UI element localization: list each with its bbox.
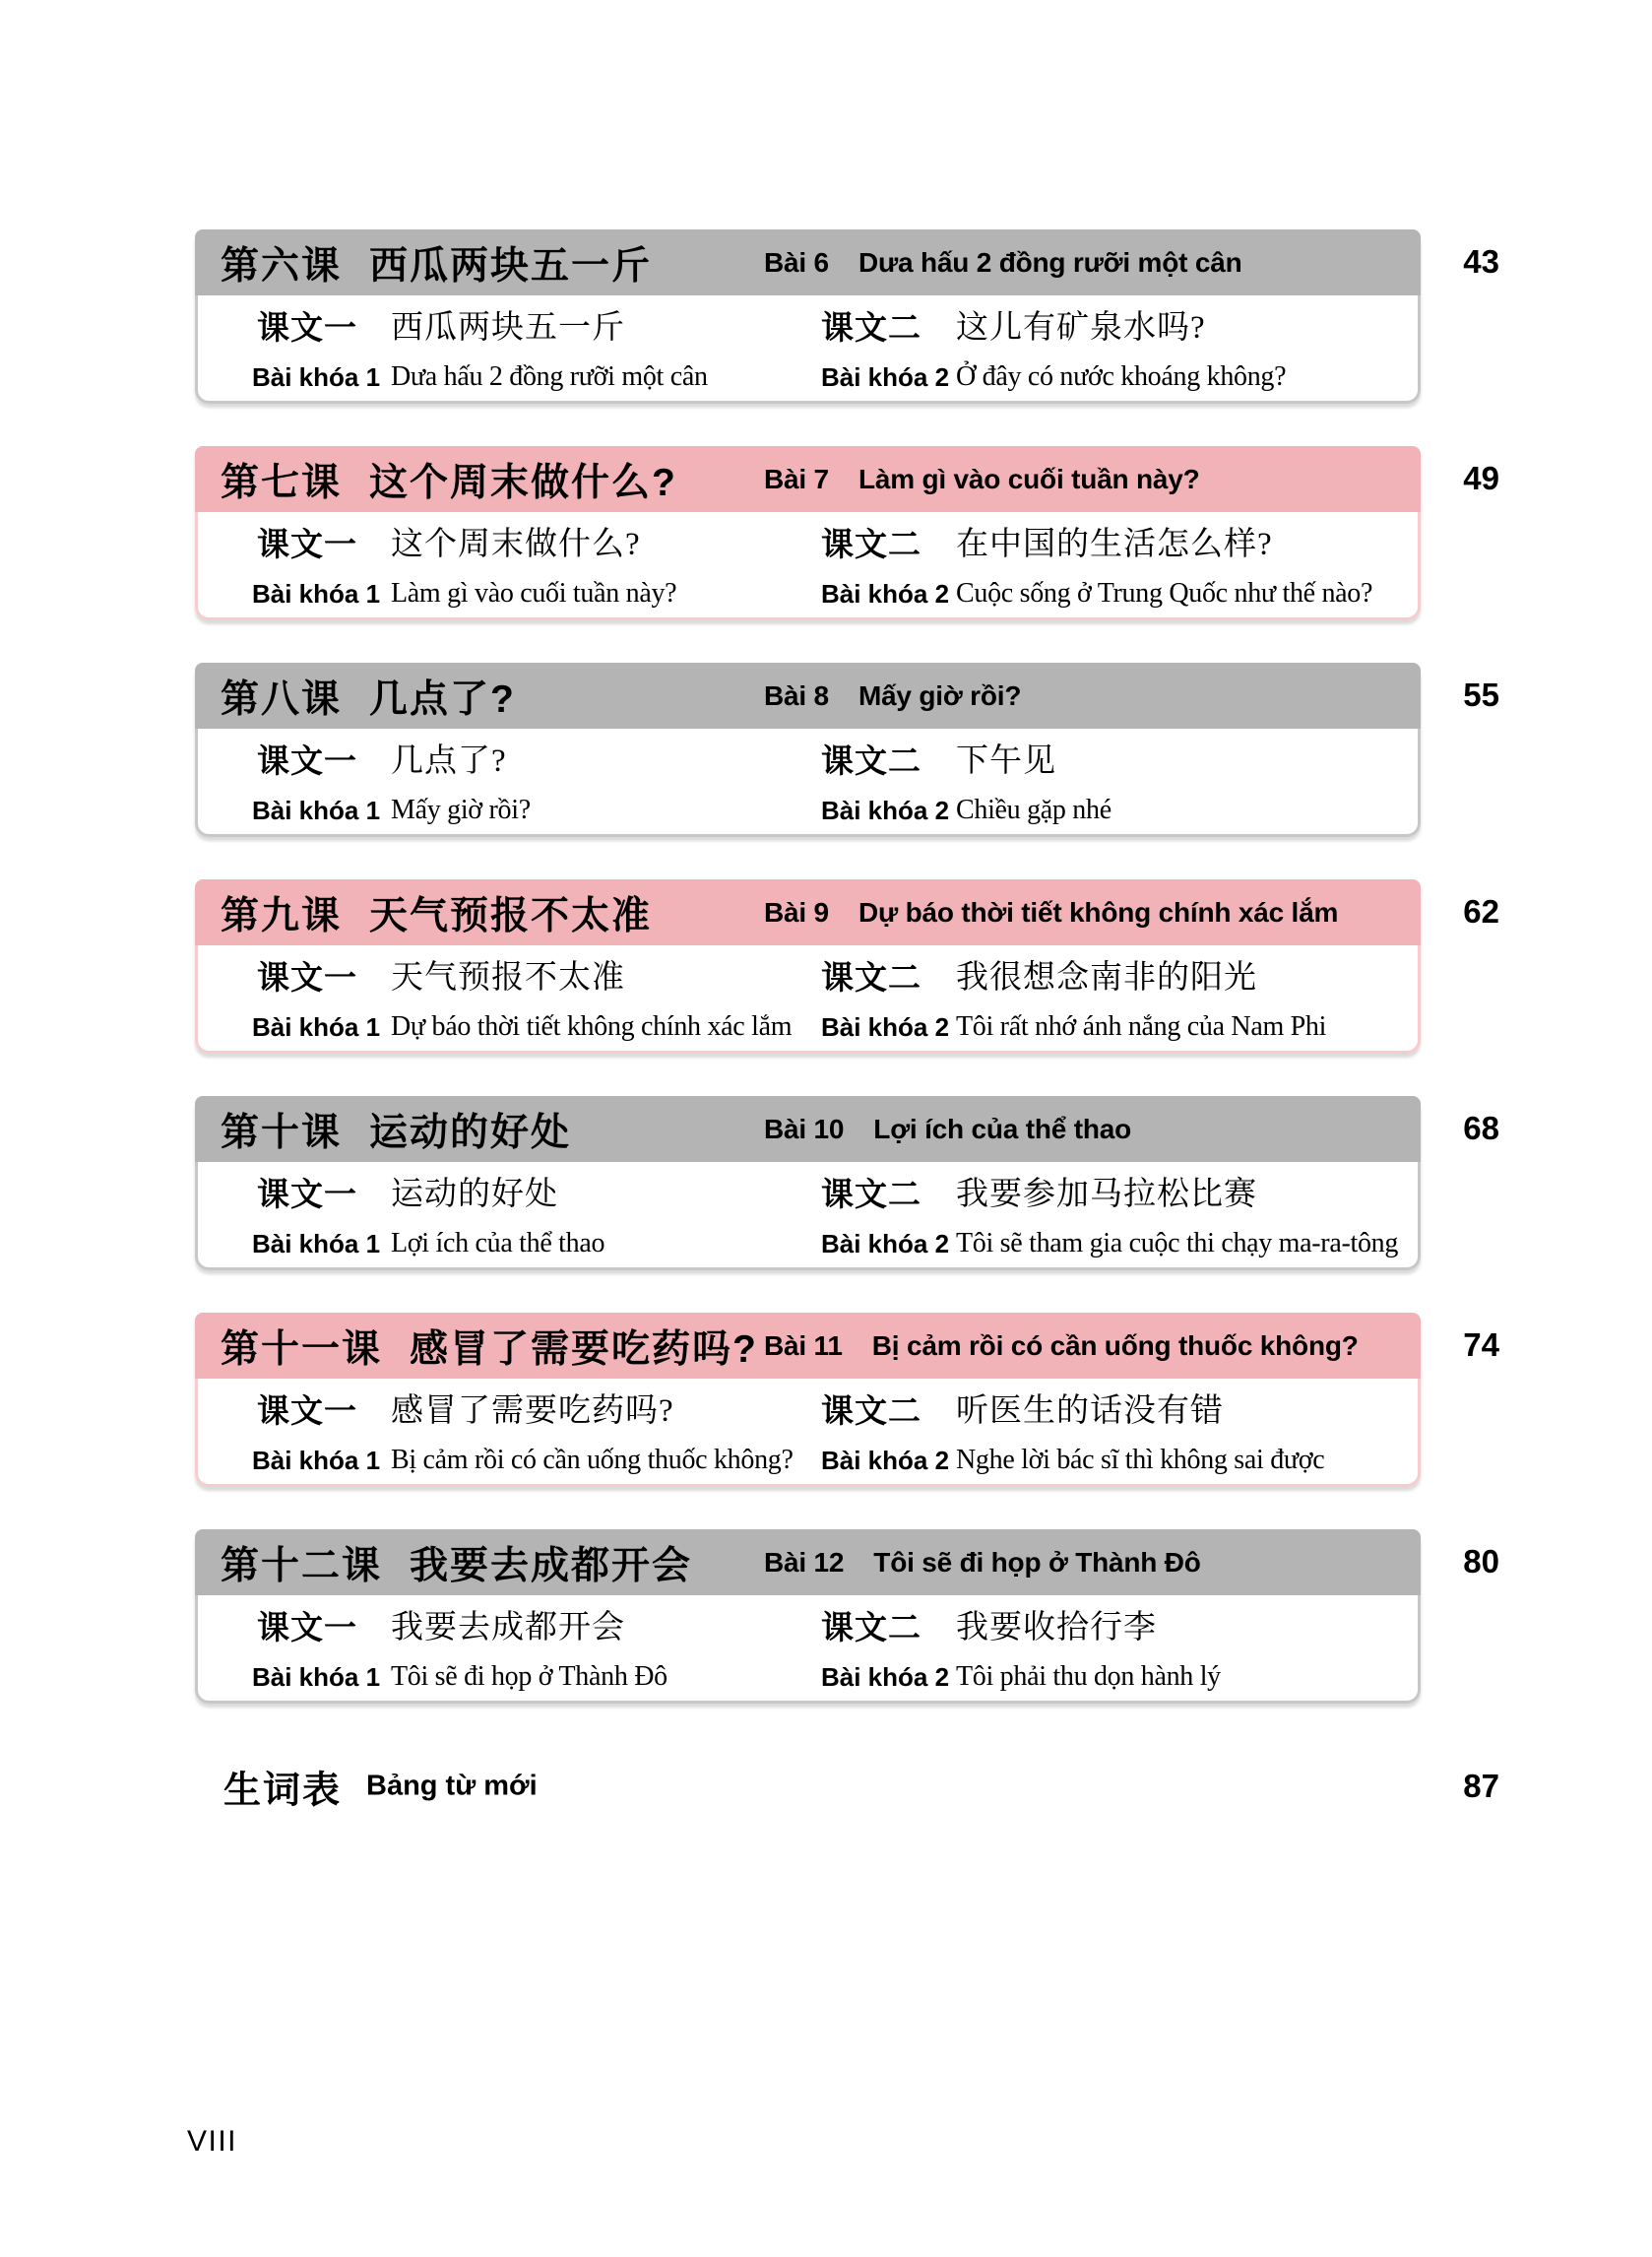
lesson-header-vi: Bài 11 Bị cảm rồi có cần uống thuốc khôn… xyxy=(764,1330,1359,1362)
text2-title-vi: Nghe lời bác sĩ thì không sai được xyxy=(956,1439,1324,1482)
text1-title-zh: 我要去成都开会 xyxy=(391,1606,625,1649)
text2-label-vi: Bài khóa 2 xyxy=(821,1655,949,1699)
text1-label-zh: 课文一 xyxy=(257,740,357,783)
text1-label-zh: 课文一 xyxy=(257,306,357,350)
lesson-header-vi: Bài 12 Tôi sẽ đi họp ở Thành Đô xyxy=(764,1547,1201,1579)
text1-title-vi: Mấy giờ rồi? xyxy=(391,789,531,832)
lesson-header-zh: 第十一课 感冒了需要吃药吗? xyxy=(221,1319,758,1374)
text2-title-zh: 听医生的话没有错 xyxy=(956,1389,1224,1433)
lesson-number-vi: Bài 6 xyxy=(764,247,829,279)
text2-title-vi: Chiều gặp nhé xyxy=(956,789,1112,832)
lesson-title-zh: 天气预报不太准 xyxy=(369,885,652,940)
text2-label-vi: Bài khóa 2 xyxy=(821,355,949,399)
text1-label-vi: Bài khóa 1 xyxy=(252,1439,380,1482)
lesson-header-bar: 第七课 这个周末做什么? Bài 7 Làm gì vào cuối tuần … xyxy=(195,446,1421,512)
text2-label-vi: Bài khóa 2 xyxy=(821,1005,949,1049)
lesson-header-vi: Bài 9 Dự báo thời tiết không chính xác l… xyxy=(764,897,1338,929)
lesson-number-vi: Bài 11 xyxy=(764,1330,843,1362)
lesson-body: 课文一 感冒了需要吃药吗? 课文二 听医生的话没有错 Bài khóa 1 Bị… xyxy=(195,1379,1421,1487)
page-number: 62 xyxy=(1421,893,1499,931)
text2-title-zh: 我要收拾行李 xyxy=(956,1606,1157,1649)
lesson-title-vi: Lợi ích của thể thao xyxy=(873,1114,1131,1145)
lesson-header-vi: Bài 6 Dưa hấu 2 đồng rưỡi một cân xyxy=(764,247,1241,279)
lesson-number-vi: Bài 9 xyxy=(764,897,829,929)
text2-title-vi: Cuộc sống ở Trung Quốc như thế nào? xyxy=(956,572,1372,615)
lesson-number-zh: 第八课 xyxy=(221,669,342,724)
folio-page-label: VIII xyxy=(187,2125,237,2159)
text1-title-zh: 西瓜两块五一斤 xyxy=(391,306,625,350)
text2-label-vi: Bài khóa 2 xyxy=(821,1222,949,1265)
text2-title-zh: 我很想念南非的阳光 xyxy=(956,956,1257,1000)
lesson-title-zh: 感冒了需要吃药吗? xyxy=(410,1319,758,1374)
text1-label-vi: Bài khóa 1 xyxy=(252,1005,380,1049)
lesson-card: 第九课 天气预报不太准 Bài 9 Dự báo thời tiết không… xyxy=(195,879,1421,1054)
lesson-header-vi: Bài 10 Lợi ích của thể thao xyxy=(764,1114,1131,1145)
text2-title-zh: 这儿有矿泉水吗? xyxy=(956,306,1206,350)
text1-title-zh: 这个周末做什么? xyxy=(391,523,641,566)
text1-label-zh: 课文一 xyxy=(257,1173,357,1216)
lesson-title-vi: Bị cảm rồi có cần uống thuốc không? xyxy=(872,1330,1359,1362)
lesson-title-vi: Dự báo thời tiết không chính xác lắm xyxy=(858,897,1338,929)
text1-title-zh: 感冒了需要吃药吗? xyxy=(391,1389,674,1433)
text2-label-vi: Bài khóa 2 xyxy=(821,789,949,832)
lesson-card: 第六课 西瓜两块五一斤 Bài 6 Dưa hấu 2 đồng rưỡi mộ… xyxy=(195,229,1421,404)
lesson-title-zh: 这个周末做什么? xyxy=(369,452,677,507)
lesson-body: 课文一 这个周末做什么? 课文二 在中国的生活怎么样? Bài khóa 1 L… xyxy=(195,512,1421,620)
page-number: 55 xyxy=(1421,677,1499,714)
lesson-number-zh: 第十二课 xyxy=(221,1535,382,1590)
lesson-header-zh: 第六课 西瓜两块五一斤 xyxy=(221,235,652,290)
lesson-card: 第八课 几点了? Bài 8 Mấy giờ rồi? 55 课文一 几点了? … xyxy=(195,663,1421,837)
lesson-body: 课文一 运动的好处 课文二 我要参加马拉松比赛 Bài khóa 1 Lợi í… xyxy=(195,1162,1421,1270)
lesson-title-vi: Làm gì vào cuối tuần này? xyxy=(858,464,1200,495)
text2-title-vi: Tôi phải thu dọn hành lý xyxy=(956,1655,1221,1699)
vocab-title-vi: Bảng từ mới xyxy=(366,1771,538,1803)
lesson-header-bar: 第十课 运动的好处 Bài 10 Lợi ích của thể thao xyxy=(195,1096,1421,1162)
text2-label-zh: 课文二 xyxy=(821,523,921,566)
text1-label-vi: Bài khóa 1 xyxy=(252,1655,380,1699)
lesson-number-zh: 第九课 xyxy=(221,885,342,940)
text2-title-zh: 下午见 xyxy=(956,740,1056,783)
text1-label-zh: 课文一 xyxy=(257,523,357,566)
lesson-body: 课文一 西瓜两块五一斤 课文二 这儿有矿泉水吗? Bài khóa 1 Dưa … xyxy=(195,295,1421,404)
page-number: 87 xyxy=(1421,1768,1499,1805)
lesson-number-zh: 第十课 xyxy=(221,1102,342,1157)
text1-label-vi: Bài khóa 1 xyxy=(252,355,380,399)
text1-title-vi: Lợi ích của thể thao xyxy=(391,1222,604,1265)
text1-label-vi: Bài khóa 1 xyxy=(252,572,380,615)
text2-label-zh: 课文二 xyxy=(821,1173,921,1216)
text1-label-zh: 课文一 xyxy=(257,1389,357,1433)
lesson-number-zh: 第七课 xyxy=(221,452,342,507)
vocab-title-zh: 生词表 xyxy=(223,1760,342,1814)
lesson-header-bar: 第九课 天气预报不太准 Bài 9 Dự báo thời tiết không… xyxy=(195,879,1421,945)
lesson-header-bar: 第八课 几点了? Bài 8 Mấy giờ rồi? xyxy=(195,663,1421,729)
lesson-header-zh: 第九课 天气预报不太准 xyxy=(221,885,652,940)
text2-title-vi: Tôi rất nhớ ánh nắng của Nam Phi xyxy=(956,1005,1326,1049)
lesson-header-vi: Bài 7 Làm gì vào cuối tuần này? xyxy=(764,464,1200,495)
lesson-header-vi: Bài 8 Mấy giờ rồi? xyxy=(764,680,1021,712)
toc-content: 第六课 西瓜两块五一斤 Bài 6 Dưa hấu 2 đồng rưỡi mộ… xyxy=(195,229,1421,1814)
text2-label-zh: 课文二 xyxy=(821,740,921,783)
text1-label-vi: Bài khóa 1 xyxy=(252,1222,380,1265)
toc-page: 第六课 西瓜两块五一斤 Bài 6 Dưa hấu 2 đồng rưỡi mộ… xyxy=(0,0,1652,2257)
page-number: 49 xyxy=(1421,460,1499,497)
text2-title-vi: Ở đây có nước khoáng không? xyxy=(956,355,1286,399)
lesson-header-bar: 第十二课 我要去成都开会 Bài 12 Tôi sẽ đi họp ở Thàn… xyxy=(195,1529,1421,1595)
text2-title-zh: 我要参加马拉松比赛 xyxy=(956,1173,1257,1216)
text1-title-vi: Dự báo thời tiết không chính xác lắm xyxy=(391,1005,792,1049)
lesson-title-vi: Mấy giờ rồi? xyxy=(858,680,1021,712)
lesson-header-zh: 第八课 几点了? xyxy=(221,669,516,724)
lesson-header-zh: 第十课 运动的好处 xyxy=(221,1102,571,1157)
text1-title-vi: Tôi sẽ đi họp ở Thành Đô xyxy=(391,1655,667,1699)
lesson-header-bar: 第十一课 感冒了需要吃药吗? Bài 11 Bị cảm rồi có cần … xyxy=(195,1313,1421,1379)
vocab-row: 生词表 Bảng từ mới 87 xyxy=(195,1759,1421,1814)
lesson-body: 课文一 天气预报不太准 课文二 我很想念南非的阳光 Bài khóa 1 Dự … xyxy=(195,945,1421,1054)
text1-label-vi: Bài khóa 1 xyxy=(252,789,380,832)
lesson-title-zh: 西瓜两块五一斤 xyxy=(369,235,652,290)
page-number: 43 xyxy=(1421,243,1499,281)
text1-label-zh: 课文一 xyxy=(257,956,357,1000)
lesson-card: 第十二课 我要去成都开会 Bài 12 Tôi sẽ đi họp ở Thàn… xyxy=(195,1529,1421,1704)
text1-title-vi: Làm gì vào cuối tuần này? xyxy=(391,572,676,615)
lesson-title-zh: 几点了? xyxy=(369,669,516,724)
text2-title-vi: Tôi sẽ tham gia cuộc thi chạy ma-ra-tông xyxy=(956,1222,1398,1265)
lesson-title-vi: Tôi sẽ đi họp ở Thành Đô xyxy=(873,1547,1200,1579)
text2-title-zh: 在中国的生活怎么样? xyxy=(956,523,1273,566)
lesson-body: 课文一 几点了? 课文二 下午见 Bài khóa 1 Mấy giờ rồi?… xyxy=(195,729,1421,837)
lesson-number-vi: Bài 12 xyxy=(764,1547,844,1579)
lesson-number-zh: 第六课 xyxy=(221,235,342,290)
lesson-title-zh: 运动的好处 xyxy=(369,1102,571,1157)
text2-label-zh: 课文二 xyxy=(821,1389,921,1433)
lesson-card: 第七课 这个周末做什么? Bài 7 Làm gì vào cuối tuần … xyxy=(195,446,1421,620)
lesson-body: 课文一 我要去成都开会 课文二 我要收拾行李 Bài khóa 1 Tôi sẽ… xyxy=(195,1595,1421,1704)
text2-label-vi: Bài khóa 2 xyxy=(821,572,949,615)
text2-label-zh: 课文二 xyxy=(821,306,921,350)
page-number: 68 xyxy=(1421,1110,1499,1147)
lesson-number-zh: 第十一课 xyxy=(221,1319,382,1374)
text1-title-vi: Bị cảm rồi có cần uống thuốc không? xyxy=(391,1439,794,1482)
text2-label-zh: 课文二 xyxy=(821,956,921,1000)
text1-title-vi: Dưa hấu 2 đồng rưỡi một cân xyxy=(391,355,708,399)
lesson-header-zh: 第十二课 我要去成都开会 xyxy=(221,1535,692,1590)
text1-title-zh: 天气预报不太准 xyxy=(391,956,625,1000)
text1-label-zh: 课文一 xyxy=(257,1606,357,1649)
lesson-card: 第十一课 感冒了需要吃药吗? Bài 11 Bị cảm rồi có cần … xyxy=(195,1313,1421,1487)
lesson-number-vi: Bài 8 xyxy=(764,680,829,712)
page-number: 80 xyxy=(1421,1543,1499,1580)
lesson-number-vi: Bài 7 xyxy=(764,464,829,495)
text1-title-zh: 几点了? xyxy=(391,740,507,783)
lesson-header-bar: 第六课 西瓜两块五一斤 Bài 6 Dưa hấu 2 đồng rưỡi mộ… xyxy=(195,229,1421,295)
lesson-title-vi: Dưa hấu 2 đồng rưỡi một cân xyxy=(858,247,1242,279)
text2-label-vi: Bài khóa 2 xyxy=(821,1439,949,1482)
lesson-header-zh: 第七课 这个周末做什么? xyxy=(221,452,677,507)
lesson-card: 第十课 运动的好处 Bài 10 Lợi ích của thể thao 68… xyxy=(195,1096,1421,1270)
text1-title-zh: 运动的好处 xyxy=(391,1173,558,1216)
lesson-number-vi: Bài 10 xyxy=(764,1114,844,1145)
text2-label-zh: 课文二 xyxy=(821,1606,921,1649)
lesson-title-zh: 我要去成都开会 xyxy=(410,1535,692,1590)
page-number: 74 xyxy=(1421,1326,1499,1364)
